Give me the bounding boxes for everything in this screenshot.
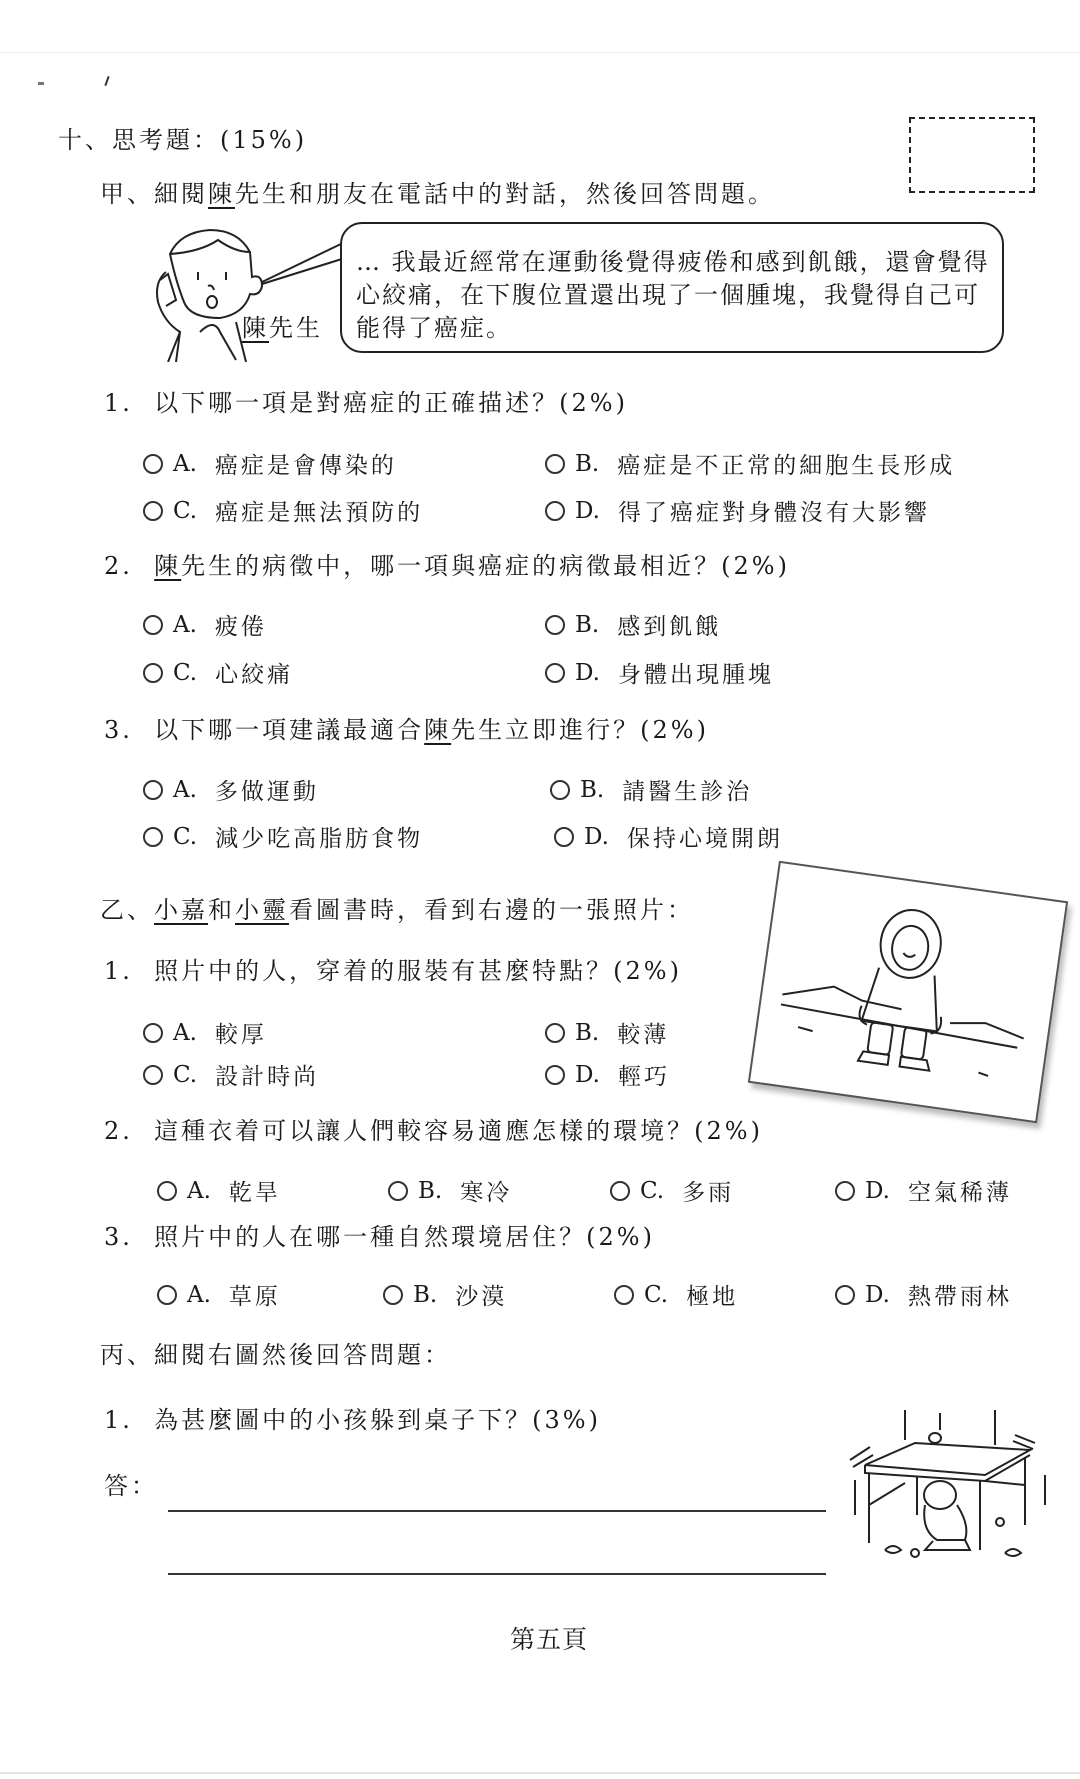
question-b2: 2. 這種衣着可以讓人們較容易適應怎樣的環境？(2%) — [104, 1119, 763, 1143]
option-letter: D. — [575, 1062, 600, 1088]
question-number: 1. — [104, 1406, 133, 1434]
option-text: 空氣稀薄 — [908, 1174, 1012, 1207]
radio-button[interactable] — [835, 1181, 855, 1201]
option-text: 保持心境開朗 — [627, 820, 783, 853]
option-a2-c[interactable]: C.心絞痛 — [143, 656, 293, 689]
proper-name: 陳 — [424, 716, 451, 744]
scan-mark — [38, 82, 44, 85]
option-letter: A. — [187, 1282, 211, 1308]
radio-button[interactable] — [835, 1285, 855, 1305]
question-text: 這種衣着可以讓人們較容易適應怎樣的環境？(2%) — [154, 1117, 763, 1145]
question-a2: 2. 陳先生的病徵中，哪一項與癌症的病徵最相近？(2%) — [104, 554, 790, 578]
radio-button[interactable] — [157, 1181, 177, 1201]
question-text: 先生的病徵中，哪一項與癌症的病徵最相近？(2%) — [181, 552, 790, 580]
question-text: 照片中的人，穿着的服裝有甚麼特點？(2%) — [154, 957, 682, 985]
part-c-heading: 丙、細閱右圖然後回答問題： — [100, 1343, 451, 1367]
radio-button[interactable] — [143, 1065, 163, 1085]
page-edge — [0, 1772, 1080, 1774]
radio-button[interactable] — [143, 663, 163, 683]
option-b2-c[interactable]: C.多雨 — [610, 1174, 734, 1207]
option-a3-a[interactable]: A.多做運動 — [143, 773, 319, 806]
part-b-heading: 乙、小嘉和小靈看圖書時，看到右邊的一張照片： — [100, 898, 694, 922]
option-letter: A. — [187, 1178, 211, 1204]
option-a1-a[interactable]: A.癌症是會傳染的 — [143, 447, 397, 480]
option-letter: A. — [173, 777, 197, 803]
answer-label: 答： — [104, 1474, 158, 1498]
speaker-surname: 陳 — [242, 314, 269, 342]
option-a3-c[interactable]: C.減少吃高脂肪食物 — [143, 820, 423, 853]
radio-button[interactable] — [614, 1285, 634, 1305]
option-letter: A. — [173, 612, 197, 638]
option-letter: C. — [644, 1282, 668, 1308]
option-a1-c[interactable]: C.癌症是無法預防的 — [143, 494, 423, 527]
option-a1-b[interactable]: B.癌症是不正常的細胞生長形成 — [545, 447, 955, 480]
option-letter: D. — [865, 1178, 890, 1204]
option-b1-a[interactable]: A.較厚 — [143, 1016, 267, 1049]
question-number: 2. — [104, 1117, 133, 1145]
radio-button[interactable] — [545, 1023, 565, 1043]
option-b1-c[interactable]: C.設計時尚 — [143, 1058, 319, 1091]
question-text: 為甚麼圖中的小孩躲到桌子下？(3%) — [154, 1406, 601, 1434]
option-text: 草原 — [229, 1278, 281, 1311]
radio-button[interactable] — [383, 1285, 403, 1305]
option-text: 疲倦 — [215, 608, 267, 641]
option-a2-b[interactable]: B.感到飢餓 — [545, 608, 721, 641]
option-letter: B. — [580, 777, 604, 803]
radio-button[interactable] — [610, 1181, 630, 1201]
option-letter: D. — [575, 660, 600, 686]
option-text: 多做運動 — [215, 773, 319, 806]
option-b3-d[interactable]: D.熱帶雨林 — [835, 1278, 1012, 1311]
answer-line-2[interactable] — [168, 1573, 826, 1575]
radio-button[interactable] — [388, 1181, 408, 1201]
option-text: 輕巧 — [618, 1058, 670, 1091]
answer-line-1[interactable] — [168, 1510, 826, 1512]
option-b1-b[interactable]: B.較薄 — [545, 1016, 669, 1049]
speaker-title: 先生 — [269, 314, 323, 342]
radio-button[interactable] — [143, 827, 163, 847]
eskimo-photo — [748, 861, 1068, 1123]
proper-name: 小靈 — [235, 896, 289, 924]
radio-button[interactable] — [143, 1023, 163, 1043]
question-c1: 1. 為甚麼圖中的小孩躲到桌子下？(3%) — [104, 1408, 601, 1432]
option-letter: C. — [173, 498, 197, 524]
option-letter: B. — [575, 612, 599, 638]
option-text: 乾旱 — [229, 1174, 281, 1207]
option-b2-a[interactable]: A.乾旱 — [157, 1174, 281, 1207]
option-letter: D. — [865, 1282, 890, 1308]
speaker-label: 陳先生 — [242, 316, 323, 340]
question-text: 先生立即進行？(2%) — [451, 716, 709, 744]
question-b3: 3. 照片中的人在哪一種自然環境居住？(2%) — [104, 1225, 655, 1249]
question-b1: 1. 照片中的人，穿着的服裝有甚麼特點？(2%) — [104, 959, 682, 983]
radio-button[interactable] — [554, 827, 574, 847]
option-b3-b[interactable]: B.沙漠 — [383, 1278, 507, 1311]
option-letter: B. — [418, 1178, 442, 1204]
speech-text: … 我最近經常在運動後覺得疲倦和感到飢餓，還會覺得心絞痛，在下腹位置還出現了一個… — [356, 246, 996, 345]
option-text: 寒冷 — [460, 1174, 512, 1207]
question-text: 以下哪一項建議最適合 — [154, 716, 424, 744]
option-letter: D. — [575, 498, 600, 524]
section-header: 十、思考題：(15%) — [58, 128, 307, 152]
question-number: 1. — [104, 389, 133, 417]
heading-text: 甲、細閱 — [100, 180, 208, 208]
eskimo-illustration — [750, 863, 1066, 1121]
heading-text: 和 — [208, 896, 235, 924]
option-letter: A. — [173, 451, 197, 477]
proper-name: 小嘉 — [154, 896, 208, 924]
child-under-table-illustration — [845, 1405, 1070, 1570]
option-text: 癌症是無法預防的 — [215, 494, 423, 527]
option-text: 極地 — [686, 1278, 738, 1311]
option-text: 得了癌症對身體沒有大影響 — [618, 494, 930, 527]
scan-mark — [104, 76, 109, 86]
radio-button[interactable] — [545, 1065, 565, 1085]
question-number: 1. — [104, 957, 133, 985]
option-letter: C. — [173, 1062, 197, 1088]
section-title: 思考題：(15%) — [112, 126, 307, 154]
option-b1-d[interactable]: D.輕巧 — [545, 1058, 670, 1091]
question-text: 以下哪一項是對癌症的正確描述？(2%) — [154, 389, 628, 417]
option-text: 設計時尚 — [215, 1058, 319, 1091]
option-b3-a[interactable]: A.草原 — [157, 1278, 281, 1311]
radio-button[interactable] — [545, 501, 565, 521]
question-number: 2. — [104, 552, 133, 580]
radio-button[interactable] — [143, 501, 163, 521]
option-text: 沙漠 — [455, 1278, 507, 1311]
heading-text: 看圖書時，看到右邊的一張照片： — [289, 896, 694, 924]
option-letter: C. — [173, 824, 197, 850]
option-b3-c[interactable]: C.極地 — [614, 1278, 738, 1311]
option-text: 較厚 — [215, 1016, 267, 1049]
option-letter: D. — [584, 824, 609, 850]
option-b2-b[interactable]: B.寒冷 — [388, 1174, 512, 1207]
question-number: 3. — [104, 716, 133, 744]
option-letter: C. — [173, 660, 197, 686]
heading-text: 先生和朋友在電話中的對話，然後回答問題。 — [235, 180, 775, 208]
option-text: 請醫生診治 — [622, 773, 752, 806]
option-a2-a[interactable]: A.疲倦 — [143, 608, 267, 641]
option-text: 熱帶雨林 — [908, 1278, 1012, 1311]
proper-name: 陳 — [154, 552, 181, 580]
page-edge — [0, 52, 1080, 53]
option-b2-d[interactable]: D.空氣稀薄 — [835, 1174, 1012, 1207]
page-number: 第五頁 — [510, 1620, 588, 1656]
radio-button[interactable] — [143, 615, 163, 635]
option-text: 心絞痛 — [215, 656, 293, 689]
option-a1-d[interactable]: D.得了癌症對身體沒有大影響 — [545, 494, 930, 527]
option-letter: A. — [173, 1020, 197, 1046]
radio-button[interactable] — [550, 780, 570, 800]
option-text: 多雨 — [682, 1174, 734, 1207]
question-number: 3. — [104, 1223, 133, 1251]
option-a3-d[interactable]: D.保持心境開朗 — [554, 820, 783, 853]
radio-button[interactable] — [545, 663, 565, 683]
section-number: 十、 — [58, 126, 112, 154]
question-a1: 1. 以下哪一項是對癌症的正確描述？(2%) — [104, 391, 628, 415]
proper-name: 陳 — [208, 180, 235, 208]
option-letter: B. — [575, 1020, 599, 1046]
option-letter: C. — [640, 1178, 664, 1204]
score-box — [909, 117, 1035, 193]
radio-button[interactable] — [143, 780, 163, 800]
option-a3-b[interactable]: B.請醫生診治 — [550, 773, 752, 806]
radio-button[interactable] — [143, 454, 163, 474]
question-a3: 3. 以下哪一項建議最適合陳先生立即進行？(2%) — [104, 718, 709, 742]
option-letter: B. — [575, 451, 599, 477]
option-letter: B. — [413, 1282, 437, 1308]
radio-button[interactable] — [157, 1285, 177, 1305]
heading-text: 乙、 — [100, 896, 154, 924]
option-text: 癌症是不正常的細胞生長形成 — [617, 447, 955, 480]
option-text: 較薄 — [617, 1016, 669, 1049]
radio-button[interactable] — [545, 454, 565, 474]
question-text: 照片中的人在哪一種自然環境居住？(2%) — [154, 1223, 655, 1251]
part-a-heading: 甲、細閱陳先生和朋友在電話中的對話，然後回答問題。 — [100, 182, 775, 206]
option-text: 癌症是會傳染的 — [215, 447, 397, 480]
option-text: 減少吃高脂肪食物 — [215, 820, 423, 853]
option-text: 感到飢餓 — [617, 608, 721, 641]
radio-button[interactable] — [545, 615, 565, 635]
option-a2-d[interactable]: D.身體出現腫塊 — [545, 656, 774, 689]
option-text: 身體出現腫塊 — [618, 656, 774, 689]
